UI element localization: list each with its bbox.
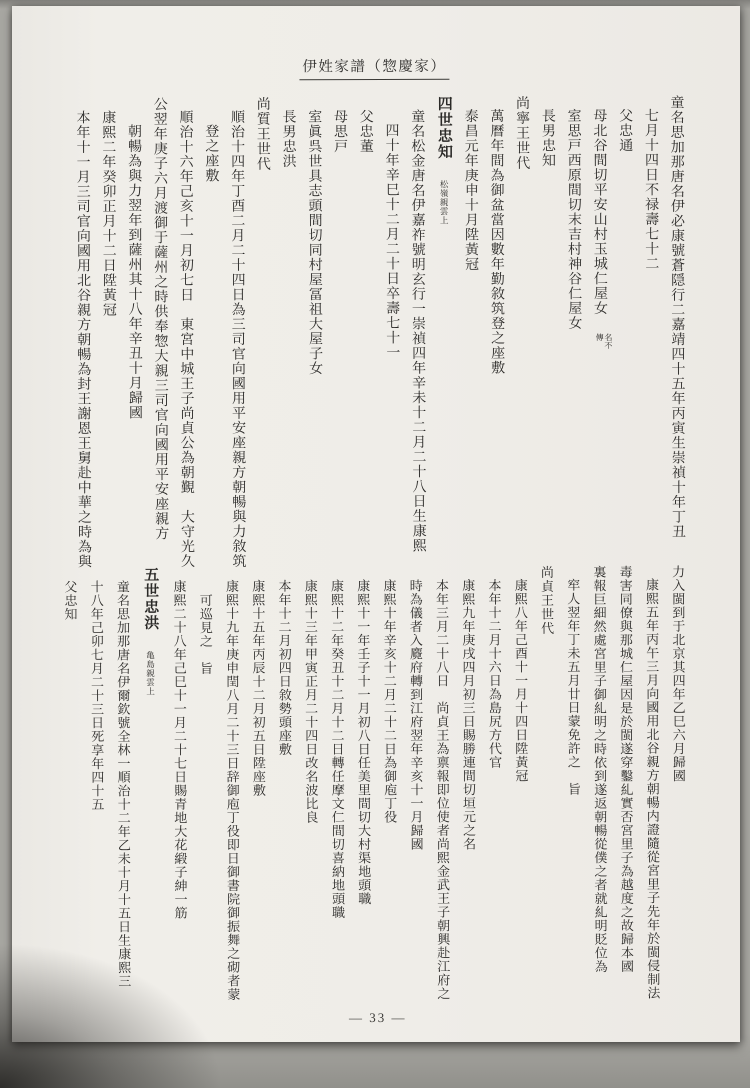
column-text: 泰昌元年庚申十月陞黃冠: [463, 109, 479, 272]
text-column: 可巡見之 旨: [191, 567, 219, 1009]
column-text: 力入閩到于北京其四年乙巳六月歸國: [670, 565, 686, 783]
column-text: 父忠董: [358, 109, 373, 153]
column-text: 室眞呉世具志頭間切同村屋冨祖大屋子女: [306, 109, 322, 375]
text-column: 康熙九年庚戌四月初三日賜勝連間切垣元之名: [454, 566, 482, 1008]
column-text: 康熙十三年甲寅正月二十四日改名波比良: [303, 579, 319, 824]
inline-split-note: 名不傳: [594, 331, 612, 349]
scanned-document: { "title": "伊姓家譜（惣慶家）", "page_number": "…: [0, 0, 750, 1088]
text-column: 尚貞王世代: [533, 565, 561, 1007]
text-column: 力入閩到于北京其四年乙巳六月歸國: [664, 565, 692, 1007]
column-text: 康熙十二年癸丑十二月十二日轉任摩文仁間切喜納地頭職: [329, 579, 345, 919]
text-column: 毒害同僚與那城仁屋因是於閩遂穿鑿糺實否宮里子為越度之故歸本國: [611, 565, 639, 1007]
page-number: — 33 —: [14, 1009, 742, 1028]
column-text: 康熙十九年庚申閏八月二十三日辞御庖丁役即日御書院御振舞之砌者蒙: [224, 579, 240, 1001]
page-content: 伊姓家譜（惣慶家） 童名思加那唐名伊必康號蒼隠行二嘉靖四十五年丙寅生崇禎十年丁丑…: [10, 5, 742, 1044]
column-text: 順治十四年丁酉二月二十四日為三司官向國用平安座親方朝暢與力敘筑: [229, 109, 246, 568]
column-text: 尚質王世代: [255, 96, 270, 171]
column-text: 朝暢為與力翌年到薩州其十八年辛丑十月歸國: [126, 124, 142, 420]
column-text: 母北谷間切平安山村玉城仁屋女: [591, 108, 607, 315]
page-title: 伊姓家譜（惣慶家）: [299, 55, 449, 81]
text-column: 裏報巨細然處宮里子御糺明之時依到遂返朝暢從僕之者就糺明貶位為: [585, 565, 613, 1007]
text-column: 七月十四日不禄壽七十二: [637, 95, 664, 567]
column-text: 七月十四日不禄壽七十二: [643, 108, 659, 271]
text-column: 康熙十五年丙辰十二月初五日陞座敷: [244, 566, 272, 1008]
text-column: 四十年辛巳十二月二十日卒壽七十一: [378, 96, 405, 568]
column-text: 本年三月二十八日 尚貞王為禀報即位使者尚熙金武王子朝興赴江府之: [434, 579, 450, 1001]
text-column: 康熙八年己酉十一月十四日陞黃冠: [506, 565, 534, 1007]
column-text: 長男忠知: [540, 108, 555, 167]
column-text: 時為儀者入麑府轉到江府翌年辛亥十一月歸國: [408, 579, 424, 851]
column-text: 五世忠洪: [142, 567, 158, 631]
column-text: 康熙五年丙午三月向國用北谷親方朝暢内證隨從宮里子先年於閩侵制法: [644, 578, 660, 1000]
small-title-annotation: 亀島親雲上: [145, 646, 155, 695]
genealogy-lower-text-block: 力入閩到于北京其四年乙巳六月歸國 康熙五年丙午三月向國用北谷親方朝暢内證隨從宮里…: [56, 565, 692, 1009]
text-column: 室思戸西原間切末吉村神谷仁屋女: [560, 95, 587, 567]
text-column: 康熙十一年壬子十一月初八日任美里間切大村渠地頭職: [349, 566, 377, 1008]
text-column: 康熙二年癸卯正月十二日陞黃冠: [94, 97, 121, 569]
column-text: 童名思加那唐名伊爾欽號全林一順治十二年乙未十月十五日生康熙三: [115, 580, 131, 988]
column-text: 順治十六年己亥十一月初七日 東宮中城王子尚貞公為朝覲 大守光久: [177, 110, 194, 569]
small-title-annotation: 松嶺親雲上: [439, 176, 449, 225]
page-header: 伊姓家譜（惣慶家）: [10, 54, 738, 82]
text-column: 長男忠洪: [275, 96, 302, 568]
text-column: 童名思加那唐名伊爾欽號全林一順治十二年乙未十月十五日生康熙三: [109, 567, 137, 1009]
text-column: 朝暢為與力翌年到薩州其十八年辛丑十月歸國: [120, 97, 147, 569]
text-column: 四世忠知 松嶺親雲上: [429, 96, 458, 568]
column-text: 尚寧王世代: [514, 95, 529, 170]
text-column: 萬曆年間為御盆當因數年勤敘筑登之座敷: [483, 96, 510, 568]
column-text: 本年十二月十六日為島尻方代官: [486, 579, 502, 769]
column-text: 康熙十五年丙辰十二月初五日陞座敷: [250, 579, 266, 797]
column-text: 四世忠知: [436, 96, 452, 160]
text-column: 五世忠洪 亀島親雲上: [135, 567, 167, 1009]
text-column: 康熙十九年庚申閏八月二十三日辞御庖丁役即日御書院御振舞之砌者蒙: [218, 566, 246, 1008]
column-text: 童名松金唐名伊嘉祚號明玄行一崇禎四年辛未十二月二十八日生康熙: [409, 109, 426, 553]
text-column: 童名松金唐名伊嘉祚號明玄行一崇禎四年辛未十二月二十八日生康熙: [403, 96, 430, 568]
text-column: 母思戸: [326, 96, 353, 568]
text-column: 康熙十二年癸丑十二月十二日轉任摩文仁間切喜納地頭職: [323, 566, 351, 1008]
text-column: 泰昌元年庚申十月陞黃冠: [457, 96, 484, 568]
page: 伊姓家譜（惣慶家） 童名思加那唐名伊必康號蒼隠行二嘉靖四十五年丙寅生崇禎十年丁丑…: [12, 6, 740, 1042]
column-text: 萬曆年間為御盆當因數年勤敘筑登之座敷: [488, 109, 504, 375]
text-column: 十八年己卯七月二十三日死享年四十五: [82, 567, 110, 1009]
text-column: 長男忠知: [534, 95, 561, 567]
column-text: 可巡見之 旨: [198, 594, 213, 676]
text-column: 母北谷間切平安山村玉城仁屋女 名不傳: [586, 95, 613, 567]
text-column: 窂人翌年丁未五月廿日蒙免許之 旨: [559, 565, 587, 1007]
column-text: 登之座敷: [203, 124, 218, 183]
column-text: 童名思加那唐名伊必康號蒼隠行二嘉靖四十五年丙寅生崇禎十年丁丑: [669, 95, 686, 539]
text-column: 尚質王世代: [249, 96, 276, 568]
text-column: 父忠知: [56, 567, 84, 1009]
column-text: 尚貞王世代: [539, 565, 554, 635]
text-column: 本年三月二十八日 尚貞王為禀報即位使者尚熙金武王子朝興赴江府之: [428, 566, 456, 1008]
column-text: 本年十一月三司官向國用北谷親方朝暢為封王謝恩王舅赴中華之時為與: [74, 110, 91, 569]
text-column: 康熙二十八年己巳十一月二十七日賜青地大花緞子紳一筋: [165, 567, 193, 1009]
column-text: 本年十二月初四日敘勢頭座敷: [276, 579, 292, 756]
text-column: 父忠董: [352, 96, 379, 568]
column-text: 康熙十年辛亥十二月二十二日為御庖丁役: [381, 579, 397, 824]
column-text: 四十年辛巳十二月二十日卒壽七十一: [384, 123, 400, 360]
text-column: 尚寧王世代: [508, 95, 535, 567]
text-column: 本年十二月初四日敘勢頭座敷: [270, 566, 298, 1008]
text-column: 童名思加那唐名伊必康號蒼隠行二嘉靖四十五年丙寅生崇禎十年丁丑: [663, 95, 690, 567]
genealogy-upper-text-block: 童名思加那唐名伊必康號蒼隠行二嘉靖四十五年丙寅生崇禎十年丁丑 七月十四日不禄壽七…: [69, 95, 690, 569]
column-text: 十八年己卯七月二十三日死享年四十五: [89, 580, 105, 811]
column-text: 窂人翌年丁未五月廿日蒙免許之 旨: [565, 578, 581, 796]
column-text: 康熙九年庚戌四月初三日賜勝連間切垣元之名: [460, 579, 476, 851]
text-column: 康熙五年丙午三月向國用北谷親方朝暢内證隨從宮里子先年於閩侵制法: [638, 565, 666, 1007]
column-text: 康熙二十八年己巳十一月二十七日賜青地大花緞子紳一筋: [171, 580, 187, 920]
text-column: 室眞呉世具志頭間切同村屋冨祖大屋子女: [300, 96, 327, 568]
text-column: 康熙十三年甲寅正月二十四日改名波比良: [296, 566, 324, 1008]
column-text: 室思戸西原間切末吉村神谷仁屋女: [566, 108, 582, 330]
column-text: 康熙八年己酉十一月十四日陞黃冠: [513, 578, 529, 782]
text-column: 本年十二月十六日為島尻方代官: [480, 566, 508, 1008]
text-column: 順治十四年丁酉二月二十四日為三司官向國用平安座親方朝暢與力敘筑: [223, 96, 250, 568]
column-text: 毒害同僚與那城仁屋因是於閩遂穿鑿糺實否宮里子為越度之故歸本國: [618, 565, 634, 973]
text-column: 公翌年庚子六月渡御于薩州之時供奉惣大親三司官向國用平安座親方: [146, 97, 173, 569]
text-column: 時為儀者入麑府轉到江府翌年辛亥十一月歸國: [401, 566, 429, 1008]
column-text: 母思戸: [332, 109, 347, 153]
text-column: 本年十一月三司官向國用北谷親方朝暢為封王謝恩王舅赴中華之時為與: [69, 97, 96, 569]
text-column: 順治十六年己亥十一月初七日 東宮中城王子尚貞公為朝覲 大守光久: [172, 97, 199, 569]
column-text: 裏報巨細然處宮里子御糺明之時依到遂返朝暢從僕之者就糺明貶位為: [591, 565, 607, 973]
text-column: 父忠通: [611, 95, 638, 567]
text-column: 登之座敷: [197, 97, 224, 569]
column-text: 康熙十一年壬子十一月初八日任美里間切大村渠地頭職: [355, 579, 371, 905]
text-column: 康熙十年辛亥十二月二十二日為御庖丁役: [375, 566, 403, 1008]
column-text: 長男忠洪: [280, 109, 295, 168]
column-text: 父忠通: [617, 108, 632, 152]
column-text: 康熙二年癸卯正月十二日陞黃冠: [100, 110, 116, 317]
column-text: 公翌年庚子六月渡御于薩州之時供奉惣大親三司官向國用平安座親方: [152, 97, 169, 541]
column-text: 父忠知: [62, 580, 77, 621]
